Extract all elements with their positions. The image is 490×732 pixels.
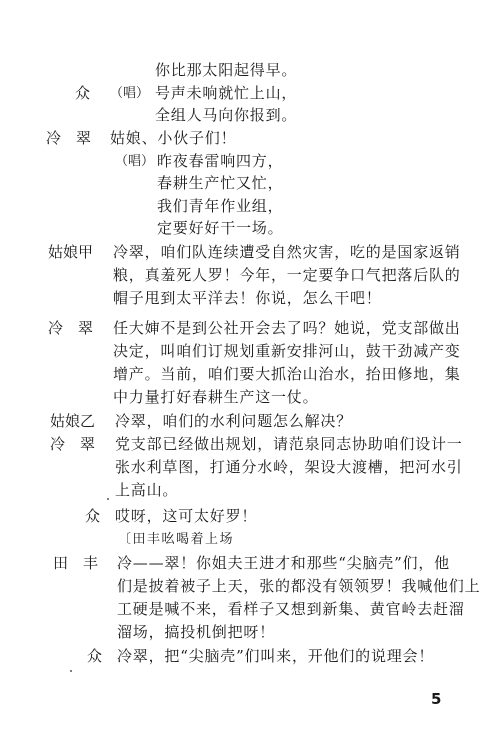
dialogue-line: 上高山。 bbox=[115, 481, 178, 499]
lyric-line: 全组人马向你报到。 bbox=[155, 106, 297, 124]
speaker-name: 众 bbox=[85, 507, 100, 525]
dialogue-line: 张水利草图，打通分水岭，架设大渡槽，把河水引 bbox=[115, 458, 463, 476]
dialogue-line: 工硬是喊不来，看样子又想到新集、黄官岭去赶溜 bbox=[117, 600, 465, 618]
dialogue-line: 党支部已经做出规划，请范泉同志协助咱们设计一 bbox=[115, 435, 463, 453]
stage-direction: 〔田丰吆喝着上场 bbox=[118, 531, 234, 549]
dialogue-line: 中力量打好春耕生产这一仗。 bbox=[113, 388, 318, 406]
speaker-name: 众 bbox=[75, 84, 90, 102]
lyric-line: 定要好好干一场。 bbox=[157, 219, 283, 237]
speaker-name: 众 bbox=[87, 647, 102, 665]
dialogue-line: 哎呀，这可太好罗！ bbox=[115, 507, 257, 525]
speaker-name: 田 丰 bbox=[53, 554, 98, 572]
dialogue-line: 冷翠，咱们队连续遭受自然灾害，吃的是国家返销 bbox=[113, 243, 461, 261]
speaker-name: 姑娘甲 bbox=[48, 243, 93, 261]
sing-cue: （唱） bbox=[115, 153, 154, 171]
lyric-line: 春耕生产忙又忙， bbox=[157, 174, 283, 192]
speaker-name: 冷 翠 bbox=[48, 319, 93, 337]
speaker-name: 姑娘乙 bbox=[50, 412, 95, 430]
page-number: 5 bbox=[431, 690, 441, 708]
sing-cue: （唱） bbox=[110, 85, 149, 103]
lyric-line: 昨夜春雷响四方， bbox=[157, 152, 283, 170]
lyric-line: 我们青年作业组， bbox=[157, 197, 283, 215]
dialogue-line: 冷翠，咱们的水利问题怎么解决？ bbox=[115, 412, 352, 430]
dialogue-line: 们是披着被子上天，张的都没有领领罗！我喊他们上 bbox=[117, 577, 480, 595]
dialogue-line: 姑娘、小伙子们！ bbox=[110, 129, 236, 147]
speaker-name: 冷 翠 bbox=[46, 129, 91, 147]
dialogue-line: 冷——翠！你姐夫王进才和那些“尖脑壳”们，他 bbox=[117, 554, 450, 572]
dialogue-line: 帽子甩到太平洋去！你说，怎么干吧！ bbox=[113, 289, 382, 307]
dust-speck bbox=[107, 498, 109, 500]
dust-speck bbox=[70, 670, 72, 672]
dialogue-line: 增产。当前，咱们要大抓治山治水，抬田修地，集 bbox=[113, 365, 461, 383]
dialogue-line: 任大婶不是到公社开会去了吗？她说，党支部做出 bbox=[113, 319, 461, 337]
lyric-line: 你比那太阳起得早。 bbox=[155, 61, 297, 79]
dialogue-line: 粮，真羞死人罗！今年，一定要争口气把落后队的 bbox=[113, 266, 461, 284]
dialogue-line: 溜场，搞投机倒把呀！ bbox=[117, 623, 275, 641]
dialogue-line: 决定，叫咱们订规划重新安排河山，鼓干劲减产变 bbox=[113, 342, 461, 360]
speaker-name: 冷 翠 bbox=[50, 435, 95, 453]
dialogue-line: 冷翠，把“尖脑壳”们叫来，开他们的说理会！ bbox=[117, 647, 434, 665]
lyric-line: 号声未响就忙上山， bbox=[155, 84, 297, 102]
